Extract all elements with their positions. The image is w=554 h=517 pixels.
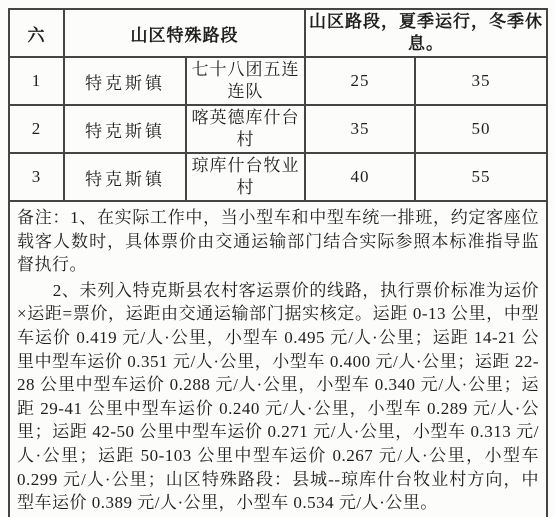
scanned-document-page: 六 山区特殊路段 山区路段，夏季运行，冬季休息。 1 特克斯镇 七十八团五连连队… <box>0 0 554 517</box>
origin-cell: 特克斯镇 <box>64 153 186 201</box>
section-index-cell: 六 <box>9 9 64 57</box>
table-row: 1 特克斯镇 七十八团五连连队 25 35 <box>9 57 547 105</box>
fare-table: 六 山区特殊路段 山区路段，夏季运行，冬季休息。 1 特克斯镇 七十八团五连连队… <box>8 8 548 517</box>
section-title-cell: 山区特殊路段 <box>64 9 305 57</box>
remarks-paragraph-1: 备注：1、在实际工作中，当小型车和中型车统一排班，约定客座位载客人数时，具体票价… <box>17 206 539 277</box>
table-row: 2 特克斯镇 喀英德库什台村 35 50 <box>9 105 547 153</box>
destination-cell: 喀英德库什台村 <box>186 105 305 153</box>
row-number-cell: 1 <box>9 57 64 105</box>
summer-fare-cell: 25 <box>305 57 415 105</box>
remarks-row: 备注：1、在实际工作中，当小型车和中型车统一排班，约定客座位载客人数时，具体票价… <box>9 201 547 517</box>
row-number-cell: 2 <box>9 105 64 153</box>
summer-fare-cell: 35 <box>305 105 415 153</box>
schedule-note-cell: 山区路段，夏季运行，冬季休息。 <box>305 9 547 57</box>
destination-cell: 琼库什台牧业村 <box>186 153 305 201</box>
winter-fare-cell: 50 <box>415 105 547 153</box>
summer-fare-cell: 40 <box>305 153 415 201</box>
remarks-paragraph-2: 2、未列入特克斯县农村客运票价的线路，执行票价标准为运价×运距=票价，运距由交通… <box>17 279 539 515</box>
destination-cell: 七十八团五连连队 <box>186 57 305 105</box>
winter-fare-cell: 55 <box>415 153 547 201</box>
table-row: 3 特克斯镇 琼库什台牧业村 40 55 <box>9 153 547 201</box>
origin-cell: 特克斯镇 <box>64 105 186 153</box>
origin-cell: 特克斯镇 <box>64 57 186 105</box>
winter-fare-cell: 35 <box>415 57 547 105</box>
table-header-row: 六 山区特殊路段 山区路段，夏季运行，冬季休息。 <box>9 9 547 57</box>
row-number-cell: 3 <box>9 153 64 201</box>
remarks: 备注：1、在实际工作中，当小型车和中型车统一排班，约定客座位载客人数时，具体票价… <box>9 201 547 517</box>
